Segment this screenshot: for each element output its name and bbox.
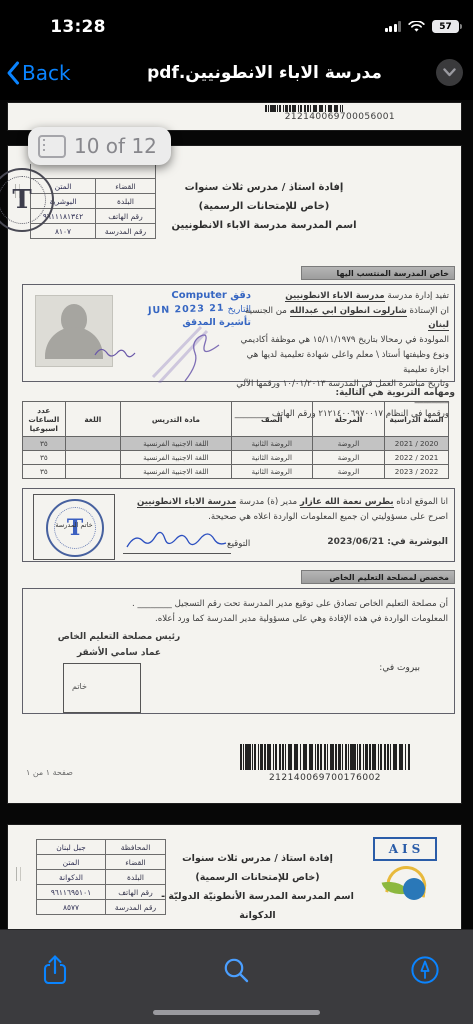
pdf-page-11: المحافظةجبل لبنان القضاءالمتن البلدةالدك… bbox=[8, 825, 461, 930]
certificate-title: إفادة استاذ / مدرس ثلاث سنوات bbox=[160, 849, 355, 868]
school-stamp-box: T خاتم المدرسة bbox=[33, 494, 115, 560]
ais-logo-letters: AIS bbox=[373, 837, 437, 861]
certificate-subtitle: (خاص للإمتحانات الرسمية) bbox=[160, 868, 355, 887]
navigation-bar: Back مدرسة الاباء الانطونيين.pdf bbox=[0, 54, 473, 100]
school-info-table: المحافظةجبل لبنان القضاءالمتن البلدةالدك… bbox=[36, 839, 166, 915]
share-button[interactable] bbox=[33, 948, 77, 992]
markup-pen-icon bbox=[410, 955, 440, 985]
pdf-page-10: القضاءالمتن البلدةالبوشرية رقم الهاتف٩٦١… bbox=[8, 146, 461, 803]
table-row: 2022 / 2023الروضة الروضة الثانيةاللغة ال… bbox=[23, 465, 449, 479]
chevron-left-icon bbox=[6, 60, 20, 86]
clock-time: 13:28 bbox=[42, 17, 114, 37]
document-scroll-area[interactable]: 212140069700056001 القضاءالمتن البلدةالب… bbox=[0, 100, 473, 930]
chief-name: عماد سامي الأشقر bbox=[49, 645, 189, 661]
status-bar: 13:28 57 bbox=[0, 0, 473, 54]
section-header-school: خاص المدرسة المنتسب اليها bbox=[301, 266, 455, 280]
ministry-stamp-box: خاتم bbox=[63, 663, 141, 713]
duties-table: السنة الدراسيةالمرحلة الصفمادة التدريس ا… bbox=[22, 401, 449, 479]
certificate-body-box: دقق Computer التاريخ 21 JUN 2023 تأشيرة … bbox=[22, 284, 455, 382]
barcode-image bbox=[265, 105, 343, 112]
back-button-label: Back bbox=[22, 61, 71, 85]
bottom-toolbar bbox=[0, 929, 473, 1024]
battery-percent: 57 bbox=[439, 22, 452, 32]
ais-logo: AIS bbox=[373, 837, 437, 906]
school-name-line: اسم المدرسة مدرسة الاباء الانطونيين bbox=[158, 216, 370, 235]
beirut-date-line: بيروت في: bbox=[379, 663, 420, 673]
ministry-text: أن مصلحة التعليم الخاص تصادق على توقيع م… bbox=[132, 597, 448, 627]
declaration-text: انا الموقع ادناه بطرس نعمة الله عازار مد… bbox=[137, 495, 448, 525]
table-row: 2021 / 2022الروضة الروضة الثانيةاللغة ال… bbox=[23, 451, 449, 465]
stamp-word: خاتم bbox=[72, 682, 87, 691]
ministry-box: أن مصلحة التعليم الخاص تصادق على توقيع م… bbox=[22, 588, 455, 714]
cellular-signal-icon bbox=[385, 21, 402, 32]
markup-button[interactable] bbox=[403, 948, 447, 992]
scan-edge-mark bbox=[16, 867, 21, 881]
chief-block: رئيس مصلحة التعليم الخاص عماد سامي الأشق… bbox=[49, 629, 189, 661]
school-name-line: اسم المدرسة المدرسة الأنطونيّة الدوليّة … bbox=[160, 887, 355, 925]
declaration-date: البوشرية في: 2023/06/21 bbox=[327, 537, 448, 547]
audit-date-stamp: 21 JUN 2023 bbox=[148, 303, 225, 317]
back-button[interactable]: Back bbox=[6, 60, 71, 86]
home-indicator[interactable] bbox=[153, 1010, 320, 1015]
document-title: مدرسة الاباء الانطونيين.pdf bbox=[104, 63, 425, 83]
wifi-icon bbox=[408, 21, 425, 33]
duties-intro-line: ومهامه التربوية هي التالية: bbox=[336, 388, 456, 398]
search-icon bbox=[222, 956, 250, 984]
chief-title: رئيس مصلحة التعليم الخاص bbox=[49, 629, 189, 645]
barcode-image bbox=[240, 744, 410, 770]
title-menu-button[interactable] bbox=[436, 59, 463, 86]
share-icon bbox=[42, 954, 68, 986]
declaration-box: T خاتم المدرسة انا الموقع ادناه بطرس نعم… bbox=[22, 488, 455, 562]
stamp-caption: خاتم المدرسة bbox=[34, 521, 114, 529]
certificate-subtitle: (خاص للإمتحانات الرسمية) bbox=[158, 197, 370, 216]
page-indicator-pill[interactable]: 10 of 12 bbox=[28, 127, 171, 165]
certificate-title: إفادة استاذ / مدرس ثلاث سنوات bbox=[158, 178, 370, 197]
section-header-ministry: مخصص لمصلحة التعليم الخاص bbox=[301, 570, 455, 584]
barcode-number: 212140069700176002 bbox=[240, 773, 410, 783]
thumbnails-icon bbox=[38, 135, 66, 158]
page-number-footer: صفحة ١ من ١ bbox=[26, 768, 73, 777]
certificate-title-block: إفادة استاذ / مدرس ثلاث سنوات (خاص للإمت… bbox=[160, 849, 355, 925]
search-button[interactable] bbox=[214, 948, 258, 992]
previous-page-bottom: 212140069700056001 bbox=[8, 103, 461, 130]
director-signature bbox=[123, 525, 231, 554]
certificate-title-block: إفادة استاذ / مدرس ثلاث سنوات (خاص للإمت… bbox=[158, 178, 370, 235]
barcode-number: 212140069700056001 bbox=[285, 112, 395, 122]
battery-icon: 57 bbox=[432, 20, 459, 33]
pdf-viewer-screen: 13:28 57 Back مدرسة الاباء الانطونيين.pd… bbox=[0, 0, 473, 1024]
page-indicator-label: 10 of 12 bbox=[74, 134, 157, 158]
chevron-down-icon bbox=[443, 68, 456, 77]
ais-emblem-icon bbox=[383, 864, 427, 906]
table-row: 2020 / 2021الروضة الروضة الثانيةاللغة ال… bbox=[23, 437, 449, 451]
